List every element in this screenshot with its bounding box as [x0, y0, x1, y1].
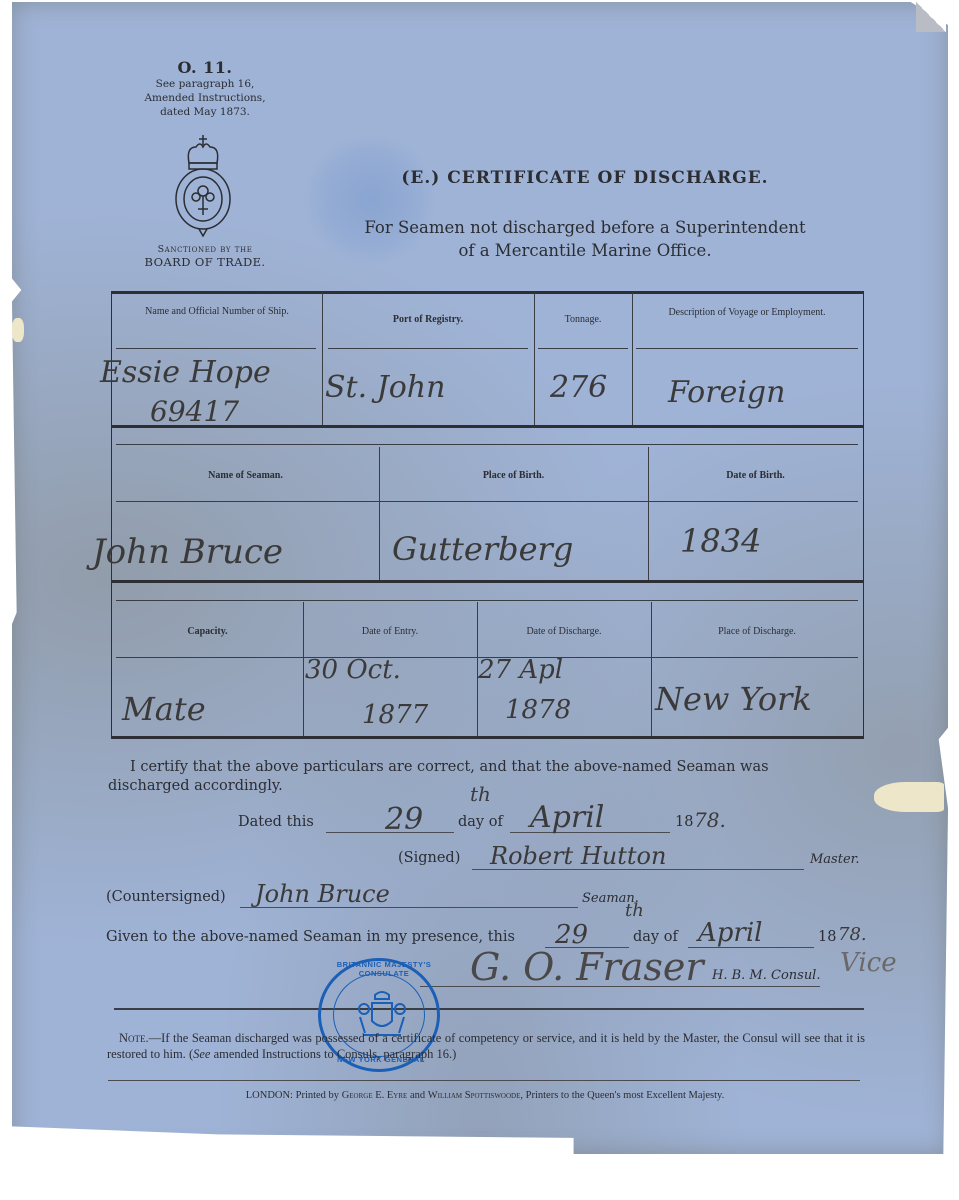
seaman-name-value: John Bruce: [92, 532, 283, 572]
official-number-value: 69417: [150, 395, 239, 428]
place-of-discharge-value: New York: [655, 680, 812, 718]
year-prefix: 18: [675, 814, 693, 830]
printer-imprint: LONDON: Printed by George E. Eyre and Wi…: [110, 1090, 860, 1101]
ship-name-value: Essie Hope: [100, 355, 271, 390]
stamp-top-text: BRITANNIC MAJESTY'S CONSULATE: [329, 960, 439, 978]
note-text: Note.—If the Seaman discharged was posse…: [107, 1030, 865, 1062]
place-of-birth-value: Gutterberg: [392, 530, 573, 568]
board-of-trade-text: BOARD OF TRADE.: [120, 255, 290, 269]
voyage-value: Foreign: [668, 375, 785, 410]
date-of-discharge-year-value: 1878: [505, 695, 571, 725]
sanction-label: Sanctioned by the BOARD OF TRADE.: [120, 244, 290, 269]
paper-tear-right: [874, 782, 944, 812]
consul-label: H. B. M. Consul.: [712, 968, 820, 983]
header-port-of-registry: Port of Registry.: [322, 313, 534, 326]
header-name-of-seaman: Name of Seaman.: [112, 469, 379, 482]
date-of-discharge-day-value: 27 Apl: [478, 655, 563, 685]
given-year-prefix: 18: [818, 929, 836, 945]
dated-day-value: 29: [385, 802, 423, 837]
form-number: O. 11.: [130, 58, 280, 77]
header-place-of-birth: Place of Birth.: [379, 469, 648, 482]
header-tonnage: Tonnage.: [534, 313, 632, 326]
certification-line-1: I certify that the above particulars are…: [108, 758, 866, 777]
folded-corner: [916, 2, 946, 32]
tonnage-value: 276: [550, 370, 607, 405]
divider-line: [114, 1008, 864, 1010]
master-signature: Robert Hutton: [490, 842, 666, 870]
dated-month-value: April: [530, 800, 604, 835]
page-title: (E.) CERTIFICATE OF DISCHARGE.: [300, 168, 870, 188]
printer-suffix: , Printers to the Queen's most Excellent…: [520, 1090, 724, 1101]
countersigned-label: (Countersigned): [106, 889, 226, 905]
subtitle-line-1: For Seamen not discharged before a Super…: [290, 216, 880, 239]
printer-mid: and: [407, 1090, 427, 1101]
day-of-label: day of: [458, 814, 503, 830]
date-of-entry-year-value: 1877: [362, 700, 428, 730]
given-day-of-label: day of: [633, 929, 678, 945]
header-voyage: Description of Voyage or Employment.: [657, 306, 837, 319]
note-see: See: [193, 1047, 210, 1061]
given-label: Given to the above-named Seaman in my pr…: [106, 929, 515, 945]
signed-label: (Signed): [398, 850, 460, 866]
page-subtitle: For Seamen not discharged before a Super…: [290, 216, 880, 262]
vice-annotation: Vice: [840, 948, 897, 978]
seaman-signature: John Bruce: [255, 880, 390, 908]
capacity-value: Mate: [122, 690, 206, 728]
subtitle-line-2: of a Mercantile Marine Office.: [290, 239, 880, 262]
header-capacity: Capacity.: [112, 625, 303, 638]
note-reference: amended Instructions to Consuls, paragra…: [210, 1047, 456, 1061]
year-suffix-value: 78.: [694, 808, 726, 832]
master-label: Master.: [810, 852, 860, 867]
form-reference-2: Amended Instructions,: [130, 91, 280, 105]
given-month-value: April: [698, 918, 762, 948]
sanctioned-by-text: Sanctioned by the: [120, 244, 290, 255]
board-of-trade-crest-icon: [172, 133, 234, 237]
form-reference-1: See paragraph 16,: [130, 77, 280, 91]
given-day-suffix: th: [625, 900, 644, 921]
date-of-birth-value: 1834: [680, 522, 761, 560]
dated-day-suffix: th: [470, 782, 491, 806]
printer-name-2: William Spottiswoode: [428, 1090, 521, 1101]
given-year-suffix: 78.: [838, 924, 867, 945]
dated-label: Dated this: [238, 814, 314, 830]
port-of-registry-value: St. John: [325, 370, 445, 405]
paper-tear-left: [12, 318, 24, 342]
header-date-of-entry: Date of Entry.: [303, 625, 477, 638]
consul-signature: G. O. Fraser: [470, 945, 704, 989]
header-date-of-birth: Date of Birth.: [648, 469, 863, 482]
header-place-of-discharge: Place of Discharge.: [651, 625, 863, 638]
printer-name-1: George E. Eyre: [342, 1090, 408, 1101]
form-identifier: O. 11. See paragraph 16, Amended Instruc…: [130, 58, 280, 119]
header-ship-name: Name and Official Number of Ship.: [112, 305, 322, 318]
header-date-of-discharge: Date of Discharge.: [477, 625, 651, 638]
form-reference-3: dated May 1873.: [130, 105, 280, 119]
date-of-entry-day-value: 30 Oct.: [305, 655, 401, 685]
divider-line-bottom: [108, 1080, 860, 1081]
printer-prefix: LONDON: Printed by: [246, 1090, 342, 1101]
note-label: Note.: [107, 1031, 149, 1045]
